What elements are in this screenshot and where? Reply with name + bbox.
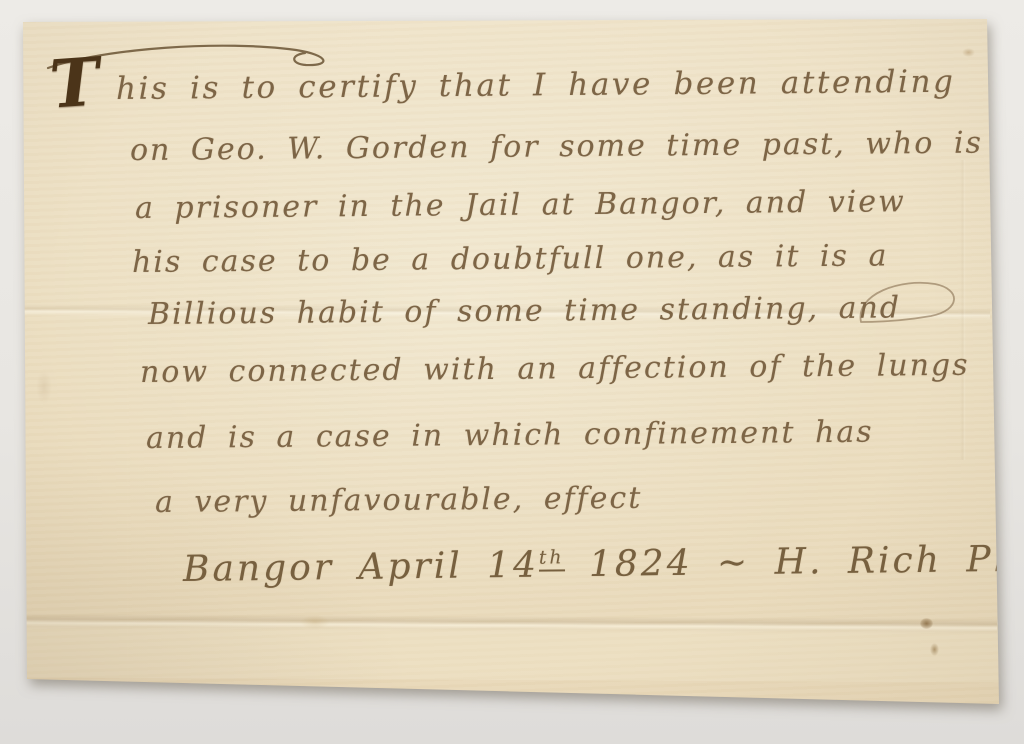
letter-line: his case to be a doubtfull one, as it is… xyxy=(132,241,889,278)
letter-line: on Geo. W. Gorden for some time past, wh… xyxy=(130,129,983,166)
day-ordinal-superscript: th xyxy=(539,547,565,571)
paper-stain xyxy=(36,370,52,404)
dateline-and-signature: Bangor April 14th 1824 ~ H. Rich Physn xyxy=(183,541,1024,588)
letter-line: now connected with an affection of the l… xyxy=(140,351,970,388)
dateline-place-date: Bangor April 14 xyxy=(183,545,539,590)
letter-line: a very unfavourable, effect xyxy=(155,484,643,518)
fold-crease-vertical xyxy=(960,160,966,460)
fold-lightened-band xyxy=(26,621,999,682)
paper-stain xyxy=(962,48,975,57)
decorative-capital-T: T xyxy=(48,48,102,117)
letter-line: a prisoner in the Jail at Bangor, and vi… xyxy=(135,187,906,224)
fold-crease-lower xyxy=(25,613,997,634)
letter-line: his is to certify that I have been atten… xyxy=(116,67,956,105)
paper-stain xyxy=(300,615,330,629)
ink-stain xyxy=(930,643,939,656)
signature-name: H. Rich Phys xyxy=(750,538,1024,583)
paper-surface: T his is to certify that I have been att… xyxy=(0,0,1024,744)
letter-line: Billious habit of some time standing, an… xyxy=(148,293,901,330)
dateline-year: 1824 ~ xyxy=(564,542,750,585)
photograph-background: T his is to certify that I have been att… xyxy=(0,0,1024,744)
ink-stain xyxy=(920,618,933,629)
letter-line: and is a case in which confinement has xyxy=(146,418,874,454)
paper-sheet: T his is to certify that I have been att… xyxy=(0,0,1024,744)
